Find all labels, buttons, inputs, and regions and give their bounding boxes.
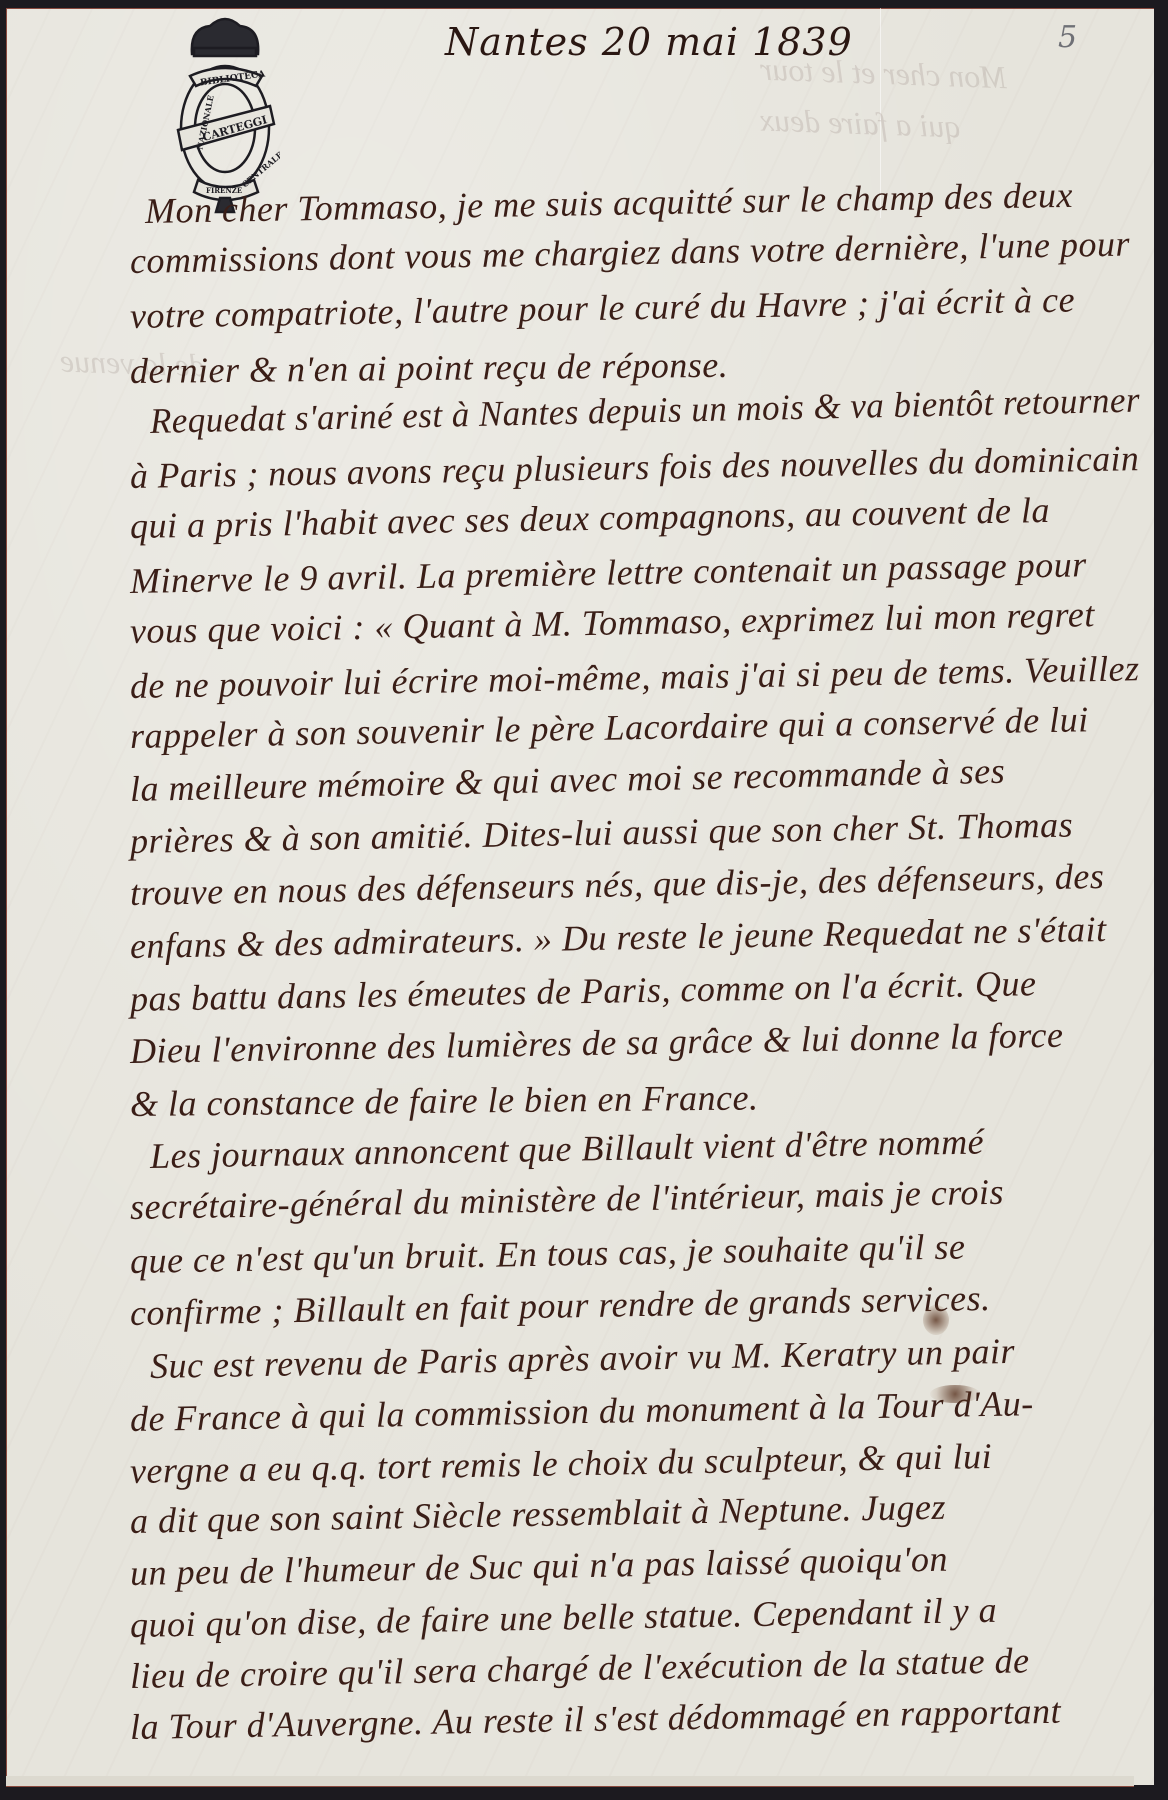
ink-stain <box>923 1305 949 1335</box>
library-stamp-icon: BIBLIOTECA CARTEGGI FIRENZE NAZIONALE CE… <box>170 10 280 215</box>
letter-line: & la constance de faire le bien en Franc… <box>130 1076 759 1125</box>
underlying-sheet-edge <box>6 1776 1134 1787</box>
folio-number: 5 <box>1058 20 1077 55</box>
svg-text:CENTRALE: CENTRALE <box>240 149 280 189</box>
letter-dateline: Nantes 20 mai 1839 <box>445 20 853 64</box>
bleed-through-text: qui a faire deux <box>759 102 961 146</box>
letter-line: dernier & n'en ai point reçu de réponse. <box>130 344 729 392</box>
ink-stain <box>930 1385 980 1403</box>
